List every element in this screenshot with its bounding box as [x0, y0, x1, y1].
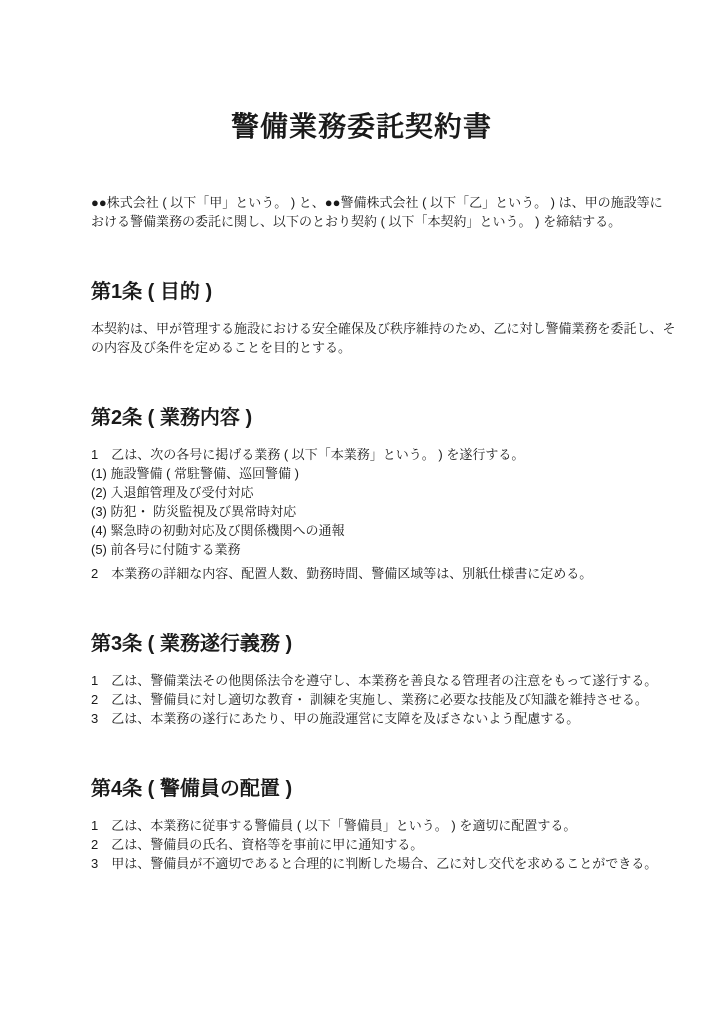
section-article-3: 第3条 ( 業務遂行義務 ) 1 乙は、警備業法その他関係法令を遵守し、本業務を… [91, 631, 632, 728]
section-4-heading: 第4条 ( 警備員の配置 ) [91, 776, 632, 802]
contract-document-page: 警備業務委託契約書 ●●株式会社 ( 以下「甲」という。 ) と、●●警備株式会… [0, 0, 724, 1024]
section-3-paragraph: 1 乙は、警備業法その他関係法令を遵守し、本業務を善良なる管理者の注意をもって遂… [91, 671, 632, 728]
section-2-paragraph-1: 1 乙は、次の各号に掲げる業務 ( 以下「本業務」という。 ) を遂行する。 (… [91, 445, 632, 559]
section-1-paragraph: 本契約は、甲が管理する施設における安全確保及び秩序維持のため、乙に対し警備業務を… [91, 319, 632, 357]
section-article-1: 第1条 ( 目的 ) 本契約は、甲が管理する施設における安全確保及び秩序維持のた… [91, 279, 632, 357]
section-2-heading: 第2条 ( 業務内容 ) [91, 405, 632, 431]
document-content: 警備業務委託契約書 ●●株式会社 ( 以下「甲」という。 ) と、●●警備株式会… [0, 0, 724, 873]
section-article-2: 第2条 ( 業務内容 ) 1 乙は、次の各号に掲げる業務 ( 以下「本業務」とい… [91, 405, 632, 583]
section-3-heading: 第3条 ( 業務遂行義務 ) [91, 631, 632, 657]
intro-paragraph: ●●株式会社 ( 以下「甲」という。 ) と、●●警備株式会社 ( 以下「乙」と… [91, 193, 632, 231]
section-4-paragraph: 1 乙は、本業務に従事する警備員 ( 以下「警備員」という。 ) を適切に配置す… [91, 816, 632, 873]
section-article-4: 第4条 ( 警備員の配置 ) 1 乙は、本業務に従事する警備員 ( 以下「警備員… [91, 776, 632, 873]
section-1-heading: 第1条 ( 目的 ) [91, 279, 632, 305]
section-2-paragraph-2: 2 本業務の詳細な内容、配置人数、勤務時間、警備区域等は、別紙仕様書に定める。 [91, 564, 632, 583]
document-title: 警備業務委託契約書 [91, 0, 632, 144]
